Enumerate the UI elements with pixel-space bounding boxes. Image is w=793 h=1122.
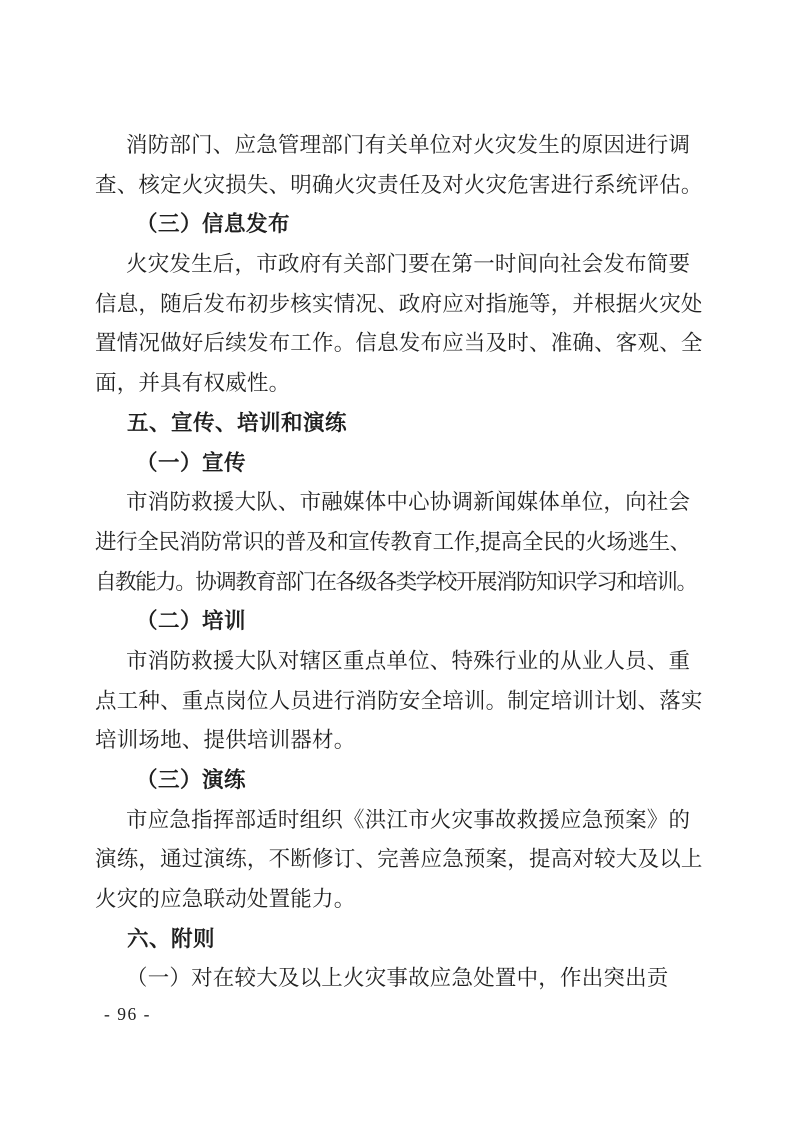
text-line: 自教能力。协调教育部门在各级各类学校开展消防知识学习和培训。 [95,563,701,603]
text-line: 消防部门、应急管理部门有关单位对火灾发生的原因进行调 [95,126,701,166]
section-heading: 六、附则 [95,920,701,960]
paragraph: （一）对在较大及以上火灾事故应急处置中，作出突出贡 [95,959,701,999]
text-line: （一）对在较大及以上火灾事故应急处置中，作出突出贡 [95,959,701,999]
text-line: 信息，随后发布初步核实情况、政府应对指施等，并根据火灾处 [95,285,701,325]
text-line: 市消防救援大队、市融媒体中心协调新闻媒体单位，向社会 [95,483,701,523]
text-line: 火灾的应急联动处置能力。 [95,880,701,920]
text-line: （三）信息发布 [95,205,701,245]
text-line: 点工种、重点岗位人员进行消防安全培训。制定培训计划、落实 [95,682,701,722]
text-line: 置情况做好后续发布工作。信息发布应当及时、准确、客观、全 [95,324,701,364]
section-heading: （二）培训 [95,602,701,642]
document-body: 消防部门、应急管理部门有关单位对火灾发生的原因进行调查、核定火灾损失、明确火灾责… [95,126,701,999]
page-number: - 96 - [104,1003,151,1025]
paragraph: 火灾发生后，市政府有关部门要在第一时间向社会发布简要信息，随后发布初步核实情况、… [95,245,701,404]
paragraph: 市应急指挥部适时组织《洪江市火灾事故救援应急预案》的演练，通过演练，不断修订、完… [95,801,701,920]
text-line: 市消防救援大队对辖区重点单位、特殊行业的从业人员、重 [95,642,701,682]
section-heading: 五、宣传、培训和演练 [95,404,701,444]
section-heading: （三）信息发布 [95,205,701,245]
text-line: 市应急指挥部适时组织《洪江市火灾事故救援应急预案》的 [95,801,701,841]
text-line: 查、核定火灾损失、明确火灾责任及对火灾危害进行系统评估。 [95,166,701,206]
section-heading: （三）演练 [95,761,701,801]
paragraph: 市消防救援大队、市融媒体中心协调新闻媒体单位，向社会进行全民消防常识的普及和宣传… [95,483,701,602]
text-line: 进行全民消防常识的普及和宣传教育工作,提高全民的火场逃生、 [95,523,701,563]
document-page: 消防部门、应急管理部门有关单位对火灾发生的原因进行调查、核定火灾损失、明确火灾责… [0,0,793,1122]
text-line: 面，并具有权威性。 [95,364,701,404]
paragraph: 消防部门、应急管理部门有关单位对火灾发生的原因进行调查、核定火灾损失、明确火灾责… [95,126,701,205]
text-line: （一）宣传 [95,444,701,484]
text-line: 五、宣传、培训和演练 [95,404,701,444]
text-line: 火灾发生后，市政府有关部门要在第一时间向社会发布简要 [95,245,701,285]
paragraph: 市消防救援大队对辖区重点单位、特殊行业的从业人员、重点工种、重点岗位人员进行消防… [95,642,701,761]
section-heading: （一）宣传 [95,444,701,484]
text-line: 演练，通过演练，不断修订、完善应急预案，提高对较大及以上 [95,840,701,880]
text-line: （三）演练 [95,761,701,801]
text-line: 培训场地、提供培训器材。 [95,721,701,761]
text-line: （二）培训 [95,602,701,642]
text-line: 六、附则 [95,920,701,960]
